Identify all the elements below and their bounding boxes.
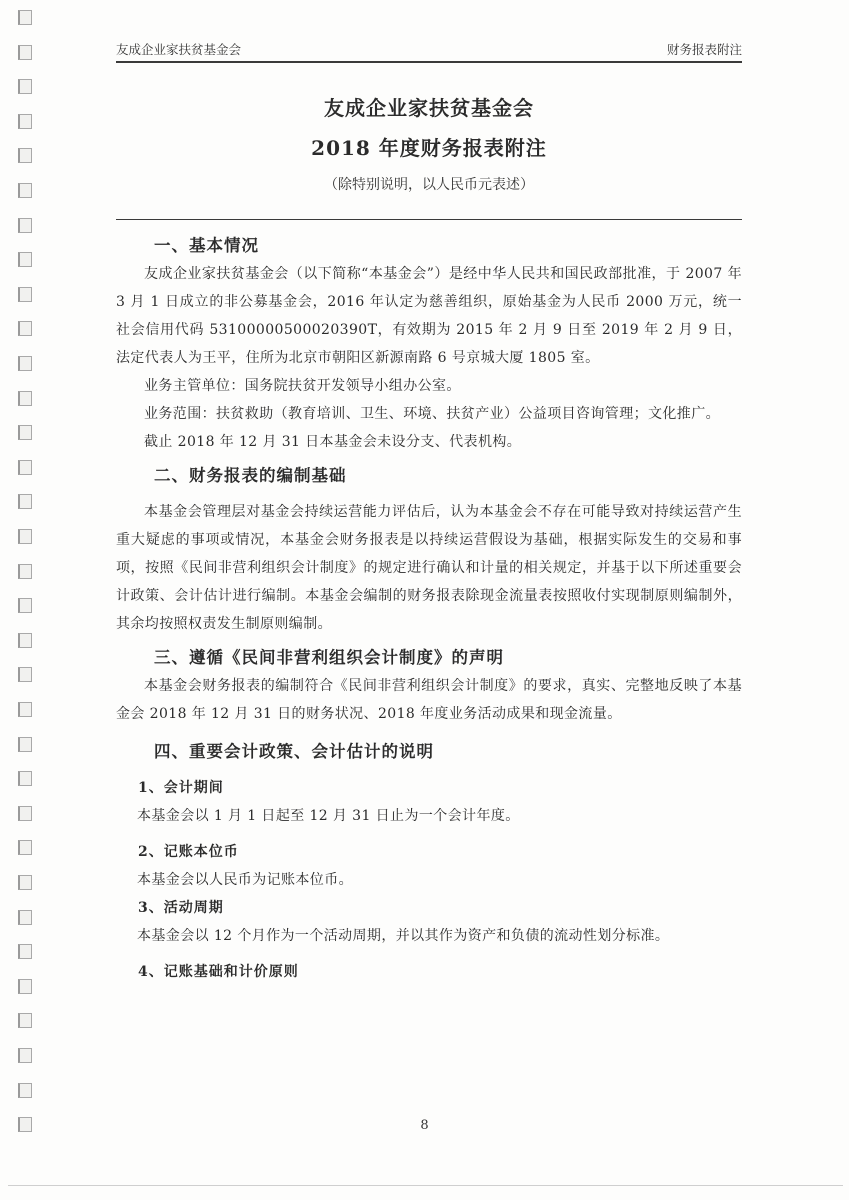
section-heading: 二、财务报表的编制基础 xyxy=(116,462,742,490)
paragraph: 本基金会管理层对基金会持续运营能力评估后，认为本基金会不存在可能导致对持续运营产… xyxy=(116,498,742,638)
binding-hole xyxy=(18,598,32,613)
binding-hole xyxy=(18,218,32,233)
section-heading: 四、重要会计政策、会计估计的说明 xyxy=(116,738,742,766)
binding-hole xyxy=(18,45,32,60)
binding-hole xyxy=(18,875,32,890)
section-accounting-policies: 四、重要会计政策、会计估计的说明 1、会计期间 本基金会以 1 月 1 日起至 … xyxy=(116,738,742,986)
running-header: 友成企业家扶贫基金会 财务报表附注 xyxy=(116,38,742,63)
subsection-heading: 1、会计期间 xyxy=(116,774,742,802)
binding-hole xyxy=(18,183,32,198)
paragraph: 截止 2018 年 12 月 31 日本基金会未设分支、代表机构。 xyxy=(116,428,742,456)
binding-hole xyxy=(18,702,32,717)
binding-hole xyxy=(18,114,32,129)
binding-hole xyxy=(18,944,32,959)
subsection-heading: 3、活动周期 xyxy=(116,894,742,922)
binding-hole xyxy=(18,148,32,163)
document-title: 2018 年度财务报表附注 xyxy=(116,132,742,161)
section-heading: 一、基本情况 xyxy=(116,232,742,260)
document-body: 一、基本情况 友成企业家扶贫基金会（以下简称“本基金会”）是经中华人民共和国民政… xyxy=(116,228,742,986)
binding-hole xyxy=(18,979,32,994)
binding-hole xyxy=(18,806,32,821)
binding-hole xyxy=(18,287,32,302)
document-title-org: 友成企业家扶贫基金会 xyxy=(116,92,742,121)
paragraph: 业务主管单位：国务院扶贫开发领导小组办公室。 xyxy=(116,372,742,400)
page-number: 8 xyxy=(0,1118,849,1133)
binding-hole xyxy=(18,1013,32,1028)
paragraph: 业务范围：扶贫救助（教育培训、卫生、环境、扶贫产业）公益项目咨询管理；文化推广。 xyxy=(116,400,742,428)
paragraph: 本基金会以 12 个月作为一个活动周期，并以其作为资产和负债的流动性划分标准。 xyxy=(116,922,742,950)
binding-hole xyxy=(18,737,32,752)
section-preparation-basis: 二、财务报表的编制基础 本基金会管理层对基金会持续运营能力评估后，认为本基金会不… xyxy=(116,462,742,638)
binding-hole xyxy=(18,1083,32,1098)
binding-hole xyxy=(18,79,32,94)
binding-hole xyxy=(18,771,32,786)
subsection-heading: 2、记账本位币 xyxy=(116,838,742,866)
binding-hole xyxy=(18,356,32,371)
binding-hole xyxy=(18,252,32,267)
binding-hole xyxy=(18,10,32,25)
binding-hole xyxy=(18,564,32,579)
document-subtitle: （除特别说明，以人民币元表述） xyxy=(116,174,742,194)
binding-hole xyxy=(18,910,32,925)
binding-hole xyxy=(18,1048,32,1063)
binding-hole xyxy=(18,391,32,406)
binding-hole xyxy=(18,321,32,336)
page-bottom-edge xyxy=(8,1185,843,1186)
section-compliance-statement: 三、遵循《民间非营利组织会计制度》的声明 本基金会财务报表的编制符合《民间非营利… xyxy=(116,644,742,728)
paragraph: 本基金会以 1 月 1 日起至 12 月 31 日止为一个会计年度。 xyxy=(116,802,742,830)
binding-hole xyxy=(18,840,32,855)
binding-hole xyxy=(18,494,32,509)
title-divider xyxy=(116,219,742,220)
binding-hole xyxy=(18,529,32,544)
header-section: 财务报表附注 xyxy=(667,40,742,58)
paragraph: 本基金会财务报表的编制符合《民间非营利组织会计制度》的要求，真实、完整地反映了本… xyxy=(116,672,742,728)
section-heading: 三、遵循《民间非营利组织会计制度》的声明 xyxy=(116,644,742,672)
subsection-heading: 4、记账基础和计价原则 xyxy=(116,958,742,986)
binding-hole xyxy=(18,667,32,682)
binding-hole xyxy=(18,460,32,475)
binding-hole xyxy=(18,633,32,648)
paragraph: 本基金会以人民币为记账本位币。 xyxy=(116,866,742,894)
binding-holes xyxy=(0,0,60,1200)
binding-hole xyxy=(18,425,32,440)
paragraph: 友成企业家扶贫基金会（以下简称“本基金会”）是经中华人民共和国民政部批准，于 2… xyxy=(116,260,742,372)
section-basic-info: 一、基本情况 友成企业家扶贫基金会（以下简称“本基金会”）是经中华人民共和国民政… xyxy=(116,232,742,456)
header-organization: 友成企业家扶贫基金会 xyxy=(116,40,241,58)
